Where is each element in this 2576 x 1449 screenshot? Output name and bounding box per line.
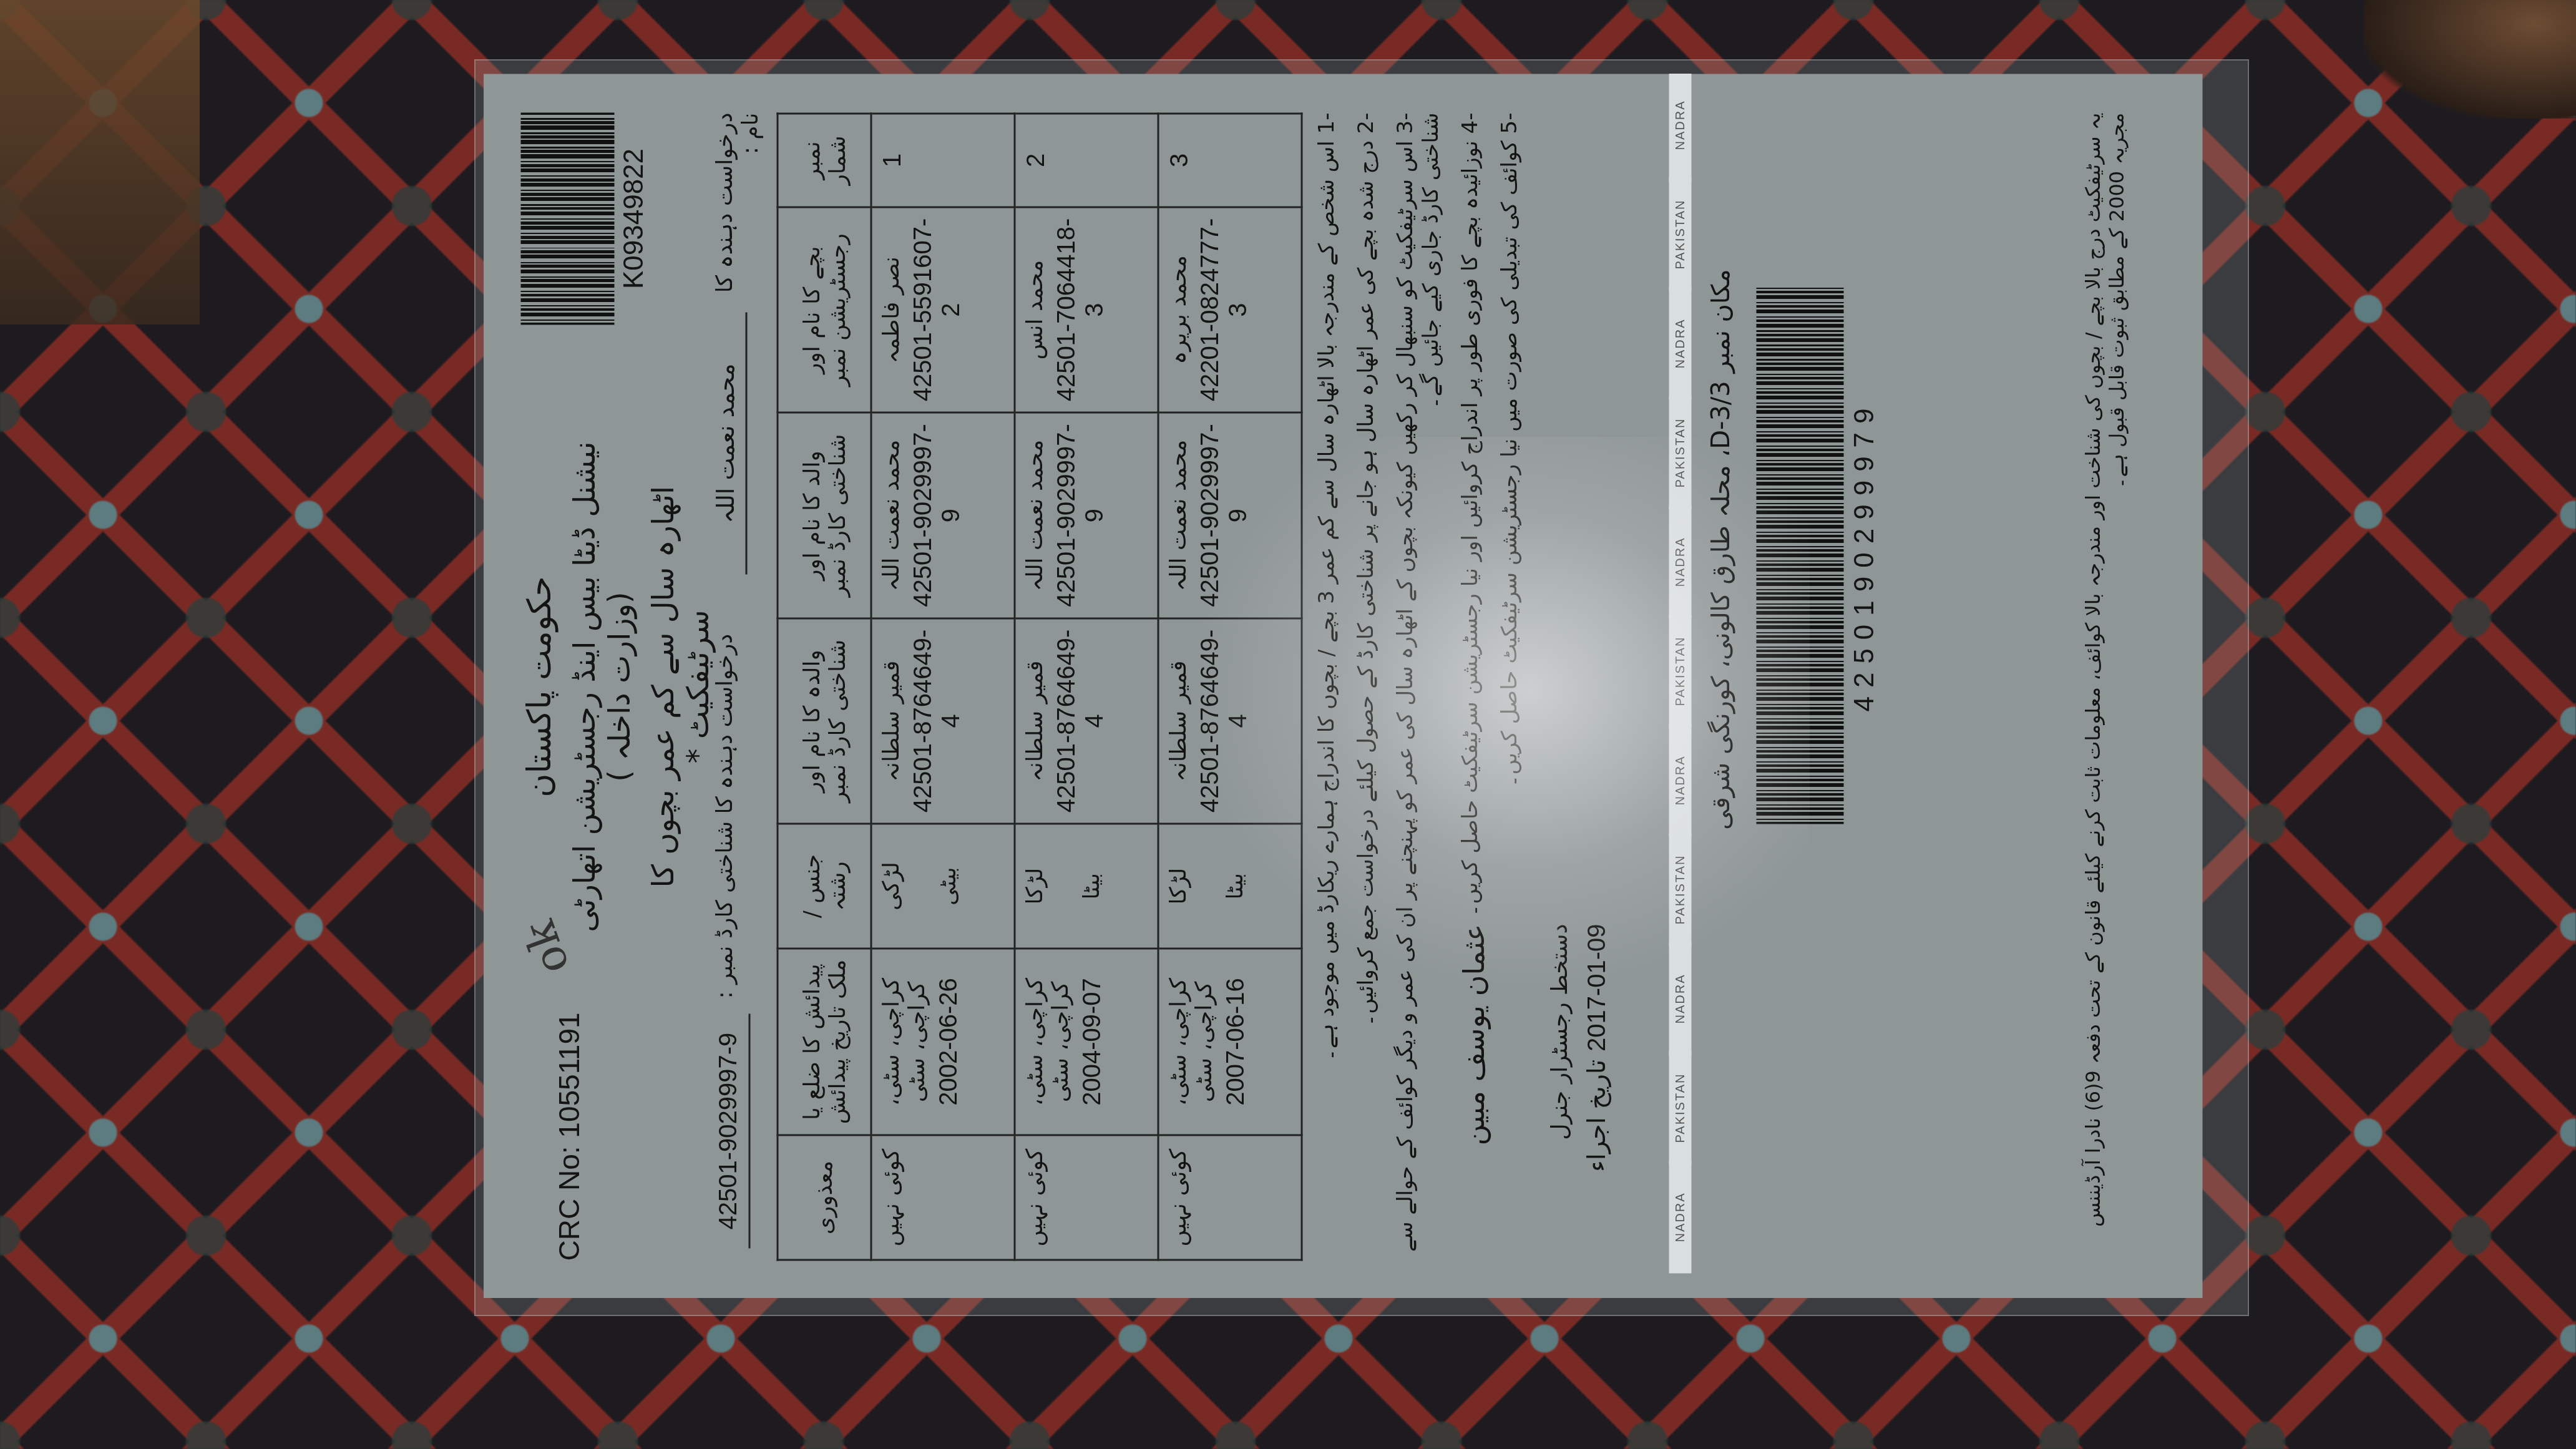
top-barcode-text: K09349822 <box>618 113 650 325</box>
disability: کوئی نہیں <box>879 1145 904 1251</box>
header-father: والد کا نام اور شناختی کارڈ نمبر <box>778 412 871 618</box>
table-row: 2محمد انس42501-7064418-3محمد نعمت اللہ42… <box>1015 114 1158 1260</box>
header: حکومت پاکستان نیشنل ڈیٹا بیس اینڈ رجسٹری… <box>521 425 716 949</box>
child-name: محمد بریرہ <box>1166 217 1191 402</box>
header-disability: معذوری <box>778 1135 871 1260</box>
signature-block: عثمان یوسف مبین دستخط رجسٹرار جنرل 2017-… <box>1457 924 1611 1249</box>
note-item: -2 درج شدہ بچے کی عمر اٹھارہ سال ہو جانے… <box>1353 113 1378 1261</box>
mother-cnic: 42501-8764649-4 <box>1196 628 1252 814</box>
cell-child: محمد بریرہ42201-0824777-3 <box>1158 207 1302 412</box>
wooden-surface <box>0 0 200 324</box>
father-cnic: 42501-9029997-9 <box>1053 422 1109 608</box>
crc-number-line: CRC No: 10551191 <box>552 1012 586 1261</box>
document-photo: CRC No: 10551191 ok حکومت پاکستان نیشنل … <box>484 74 2203 1298</box>
cell-mother: قمیر سلطانہ42501-8764649-4 <box>871 618 1015 824</box>
child-name: محمد انس <box>1022 217 1048 402</box>
applicant-line: 42501-9029997-9 درخواست دہندہ کا شناختی … <box>708 113 764 1261</box>
applicant-cnic: 42501-9029997-9 <box>715 1014 751 1249</box>
children-table: نمبر شمار بچے کا نام اور رجسٹریشن نمبر و… <box>777 113 1303 1261</box>
serial: 2 <box>1022 154 1050 167</box>
disability: کوئی نہیں <box>1022 1145 1048 1251</box>
cell-disability: کوئی نہیں <box>1015 1135 1158 1260</box>
gender: لڑکی <box>879 834 904 939</box>
father-name: محمد نعمت اللہ <box>1166 422 1191 608</box>
relation: بیٹی <box>935 834 961 939</box>
top-barcode-block: K09349822 <box>521 113 650 325</box>
father-name: محمد نعمت اللہ <box>879 422 904 608</box>
father-cnic: 42501-9029997-9 <box>1196 422 1252 608</box>
cell-gender: لڑکابیٹا <box>1158 824 1302 949</box>
applicant-cnic-label: درخواست دہندہ کا شناختی کارڈ نمبر : <box>712 634 738 999</box>
cell-disability: کوئی نہیں <box>871 1135 1015 1260</box>
child-reg: 42201-0824777-3 <box>1196 217 1252 402</box>
strip-label: NADRA <box>1669 506 1692 618</box>
cell-mother: قمیر سلطانہ42501-8764649-4 <box>1015 618 1158 824</box>
strip-label: NADRA <box>1669 74 1692 182</box>
cell-disability: کوئی نہیں <box>1158 1135 1302 1260</box>
father-cnic: 42501-9029997-9 <box>909 422 965 608</box>
header-child: بچے کا نام اور رجسٹریشن نمبر <box>778 207 871 412</box>
issue-date: 2017-01-09 <box>1583 924 1611 1052</box>
mother-name: قمیر سلطانہ <box>879 628 904 814</box>
mother-cnic: 42501-8764649-4 <box>909 628 965 814</box>
birth-date: 2004-09-07 <box>1078 958 1106 1125</box>
cell-serial: 3 <box>1158 114 1302 207</box>
mother-name: قمیر سلطانہ <box>1166 628 1191 814</box>
authority-title: نیشنل ڈیٹا بیس اینڈ رجسٹریشن اتھارٹی (وز… <box>567 425 637 949</box>
cell-child: نصر فاطمہ42501-5591607-2 <box>871 207 1015 412</box>
mother-name: قمیر سلطانہ <box>1022 628 1048 814</box>
father-name: محمد نعمت اللہ <box>1022 422 1048 608</box>
strip-label: PAKISTAN <box>1669 615 1692 728</box>
crc-number: 10551191 <box>553 1012 585 1138</box>
strip-label: NADRA <box>1669 288 1692 400</box>
cell-father: محمد نعمت اللہ42501-9029997-9 <box>1015 412 1158 618</box>
hair-corner <box>2364 0 2576 119</box>
table-row: 1نصر فاطمہ42501-5591607-2محمد نعمت اللہ4… <box>871 114 1015 1260</box>
strip-label: NADRA <box>1669 724 1692 837</box>
child-name: نصر فاطمہ <box>879 217 904 402</box>
bottom-barcode-block: 4250190299979 <box>1757 288 1880 824</box>
cell-gender: لڑکابیٹا <box>1015 824 1158 949</box>
address-line: مکان نمبر D-3/3، محلہ طارق کالونی، کورنگ… <box>1707 238 1735 862</box>
child-reg: 42501-7064418-3 <box>1053 217 1109 402</box>
applicant-name: محمد نعمت اللہ <box>712 313 748 575</box>
relation: بیٹا <box>1222 834 1248 939</box>
header-mother: والدہ کا نام اور شناختی کارڈ نمبر <box>778 618 871 824</box>
signatory-title: دستخط رجسٹرار جنرل <box>1547 924 1573 1249</box>
birth-place: کراچی، سٹی، کراچی، سٹی <box>879 958 930 1125</box>
disability: کوئی نہیں <box>1166 1145 1191 1251</box>
certificate-title: اٹھارہ سال سے کم عمر بچوں کا سرٹیفکیٹ * <box>646 425 716 949</box>
header-gender: جنس / رشتہ <box>778 824 871 949</box>
birth-place: کراچی، سٹی، کراچی، سٹی <box>1022 958 1073 1125</box>
header-birth: پیدائش کا ضلع یا ملک تاریخ پیدائش <box>778 949 871 1135</box>
footer-text: یہ سرٹیفکیٹ درج بالا بچے / بچوں کی شناخت… <box>2081 113 2129 1261</box>
top-barcode <box>521 113 615 325</box>
strip-label: PAKISTAN <box>1669 397 1692 509</box>
note-item: -1 اس شخص کے مندرجہ بالا اٹھارہ سال سے ک… <box>1314 113 1339 1261</box>
birth-date: 2002-06-26 <box>935 958 963 1125</box>
cell-gender: لڑکیبیٹی <box>871 824 1015 949</box>
birth-date: 2007-06-16 <box>1222 958 1250 1125</box>
cell-birth: کراچی، سٹی، کراچی، سٹی2007-06-16 <box>1158 949 1302 1135</box>
cell-serial: 1 <box>871 114 1015 207</box>
table-header-row: نمبر شمار بچے کا نام اور رجسٹریشن نمبر و… <box>778 114 871 1260</box>
cell-serial: 2 <box>1015 114 1158 207</box>
strip-label: PAKISTAN <box>1669 178 1692 291</box>
birth-place: کراچی، سٹی، کراچی، سٹی <box>1166 958 1217 1125</box>
government-title: حکومت پاکستان <box>521 425 559 949</box>
cell-birth: کراچی، سٹی، کراچی، سٹی2004-09-07 <box>1015 949 1158 1135</box>
signatory-name: عثمان یوسف مبین <box>1457 924 1491 1249</box>
crc-document: CRC No: 10551191 ok حکومت پاکستان نیشنل … <box>484 74 2203 1299</box>
cell-mother: قمیر سلطانہ42501-8764649-4 <box>1158 618 1302 824</box>
strip-label: PAKISTAN <box>1669 1052 1692 1164</box>
serial: 3 <box>1166 154 1193 167</box>
child-reg: 42501-5591607-2 <box>909 217 965 402</box>
mother-cnic: 42501-8764649-4 <box>1053 628 1109 814</box>
gender: لڑکا <box>1022 834 1048 939</box>
applicant-name-label: درخواست دہندہ کا نام : <box>712 113 763 300</box>
header-serial: نمبر شمار <box>778 114 871 207</box>
cell-father: محمد نعمت اللہ42501-9029997-9 <box>1158 412 1302 618</box>
strip-label: PAKISTAN <box>1669 834 1692 946</box>
table-row: 3محمد بریرہ42201-0824777-3محمد نعمت اللہ… <box>1158 114 1302 1260</box>
bottom-barcode-text: 4250190299979 <box>1849 288 1880 824</box>
issue-date-label: تاریخ اجراء <box>1583 1060 1611 1172</box>
strip-label: NADRA <box>1669 943 1692 1055</box>
serial: 1 <box>879 154 906 167</box>
relation: بیٹا <box>1079 834 1105 939</box>
note-item: -3 اس سرٹیفکیٹ کو سنبھال کر رکھیں کیونکہ… <box>1392 113 1443 1261</box>
gender: لڑکا <box>1166 834 1191 939</box>
cell-father: محمد نعمت اللہ42501-9029997-9 <box>871 412 1015 618</box>
strip-label: NADRA <box>1669 1161 1692 1274</box>
cell-birth: کراچی، سٹی، کراچی، سٹی2002-06-26 <box>871 949 1015 1135</box>
bottom-barcode <box>1757 288 1844 824</box>
crc-label: CRC No: <box>553 1146 585 1261</box>
cell-child: محمد انس42501-7064418-3 <box>1015 207 1158 412</box>
